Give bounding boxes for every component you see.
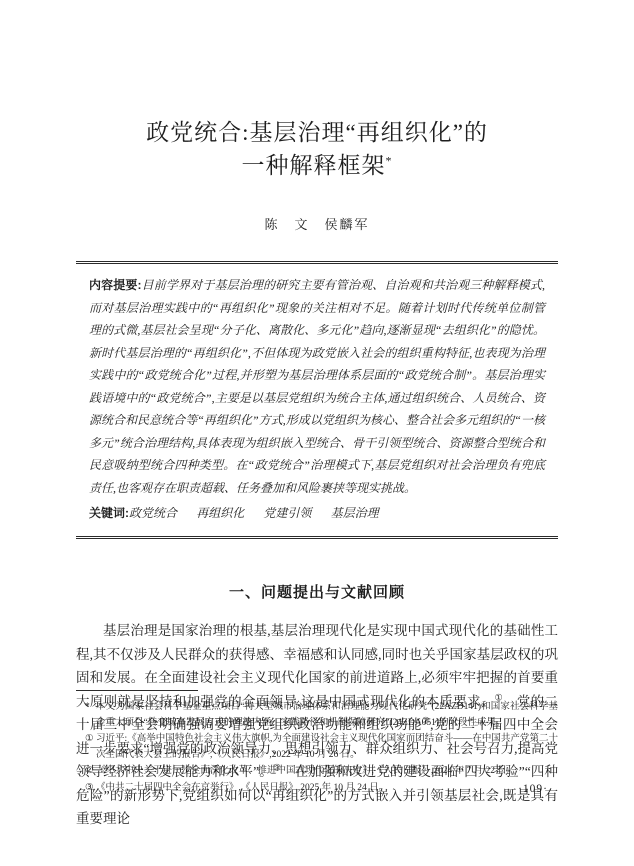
abstract-text: 目前学界对于基层治理的研究主要有管治观、自治观和共治观三种解释模式,而对基层治理… xyxy=(89,278,545,495)
footnotes-list: *本文为国家社会科学基金重点项目“特大型城市治理体系和治理能力现代化研究”(22… xyxy=(76,700,558,796)
footnote-text: 本文为国家社会科学基金重点项目“特大型城市治理体系和治理能力现代化研究”(22A… xyxy=(96,700,558,731)
footnote-item: *本文为国家社会科学基金重点项目“特大型城市治理体系和治理能力现代化研究”(22… xyxy=(76,700,558,731)
footnote-text: 习近平:《高举中国特色社会主义伟大旗帜,为全面建设社会主义现代化国家而团结奋斗—… xyxy=(96,732,558,763)
page-number: ·109· xyxy=(518,783,548,795)
keywords-label: 关键词: xyxy=(89,506,129,520)
footnote-marker: ① xyxy=(76,732,96,763)
footnote-text: 《中共二十届四中全会在京举行》,《人民日报》,2025 年 10 月 24 日。 xyxy=(96,781,558,797)
keyword: 再组织化 xyxy=(196,506,244,520)
footnote-item: ③《中共二十届四中全会在京举行》,《人民日报》,2025 年 10 月 24 日… xyxy=(76,781,558,797)
footnote-item: ②《中共中央关于进一步全面深化改革、推进中国式现代化的决定》,《人民日报》,20… xyxy=(76,764,558,780)
keyword: 基层治理 xyxy=(331,506,379,520)
article-title: 政党统合:基层治理“再组织化”的 一种解释框架* xyxy=(76,116,558,182)
keywords-list: 政党统合再组织化党建引领基层治理 xyxy=(129,506,379,520)
footnote-separator xyxy=(76,690,198,691)
keyword: 政党统合 xyxy=(129,506,177,520)
abstract-label: 内容提要: xyxy=(89,278,142,292)
abstract-box: 内容提要:目前学界对于基层治理的研究主要有管治观、自治观和共治观三种解释模式,而… xyxy=(76,261,558,539)
footnote-marker: ③ xyxy=(76,781,96,797)
abstract-paragraph: 内容提要:目前学界对于基层治理的研究主要有管治观、自治观和共治观三种解释模式,而… xyxy=(89,274,545,499)
authors: 陈 文 侯麟军 xyxy=(76,214,558,233)
keyword: 党建引领 xyxy=(263,506,311,520)
section-heading: 一、问题提出与文献回顾 xyxy=(76,581,558,602)
article-title-line2: 一种解释框架 xyxy=(242,153,386,178)
footnotes-section: *本文为国家社会科学基金重点项目“特大型城市治理体系和治理能力现代化研究”(22… xyxy=(76,690,558,797)
journal-page: 政党统合:基层治理“再组织化”的 一种解释框架* 陈 文 侯麟军 内容提要:目前… xyxy=(0,0,634,866)
title-footnote-star: * xyxy=(386,153,393,167)
keywords-line: 关键词:政党统合再组织化党建引领基层治理 xyxy=(89,502,545,524)
footnote-item: ①习近平:《高举中国特色社会主义伟大旗帜,为全面建设社会主义现代化国家而团结奋斗… xyxy=(76,732,558,763)
footnote-text: 《中共中央关于进一步全面深化改革、推进中国式现代化的决定》,《人民日报》,202… xyxy=(96,764,558,780)
footnote-marker: ② xyxy=(76,764,96,780)
article-title-line1: 政党统合:基层治理“再组织化”的 xyxy=(146,120,488,145)
footnote-marker: * xyxy=(76,700,96,731)
